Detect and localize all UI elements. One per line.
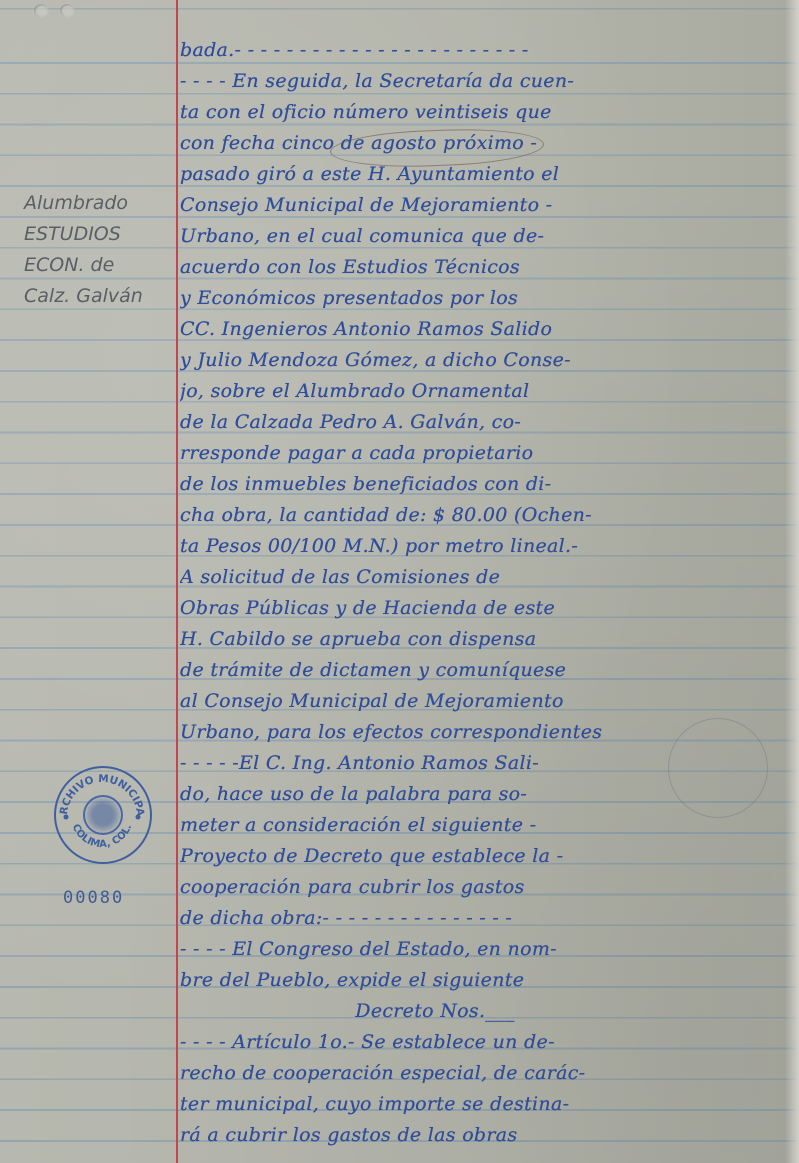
text-line: recho de cooperación especial, de carác- — [180, 1058, 770, 1089]
text-line: jo, sobre el Alumbrado Ornamental — [180, 376, 770, 407]
text-line: de dicha obra:- - - - - - - - - - - - - … — [180, 903, 770, 934]
notebook-page: Alumbrado ESTUDIOS ECON. de Calz. Galván… — [0, 0, 799, 1163]
page-edge — [785, 0, 799, 1163]
text-line: al Consejo Municipal de Mejoramiento — [180, 686, 770, 717]
text-line: Consejo Municipal de Mejoramiento - — [180, 190, 770, 221]
text-line: Urbano, para los efectos correspondiente… — [180, 717, 770, 748]
coat-of-arms-icon — [83, 795, 123, 835]
text-line: - - - - El Congreso del Estado, en nom- — [180, 934, 770, 965]
text-line: CC. Ingenieros Antonio Ramos Salido — [180, 314, 770, 345]
margin-note-line: ESTUDIOS — [24, 219, 174, 250]
margin-rule — [176, 0, 178, 1163]
margin-annotation: Alumbrado ESTUDIOS ECON. de Calz. Galván — [24, 188, 174, 312]
text-line: - - - - En seguida, la Secretaría da cue… — [180, 66, 770, 97]
text-line: bre del Pueblo, expide el siguiente — [180, 965, 770, 996]
text-line: - - - - Artículo 1o.- Se establece un de… — [180, 1027, 770, 1058]
text-line: ta con el oficio número veintiseis que — [180, 97, 770, 128]
margin-note-line: ECON. de — [24, 250, 174, 281]
text-line: pasado giró a este H. Ayuntamiento el — [180, 159, 770, 190]
text-line: bada.- - - - - - - - - - - - - - - - - -… — [180, 35, 770, 66]
text-line: ter municipal, cuyo importe se destina- — [180, 1089, 770, 1120]
text-line: y Julio Mendoza Gómez, a dicho Conse- — [180, 345, 770, 376]
text-line: do, hace uso de la palabra para so- — [180, 779, 770, 810]
archive-stamp: ARCHIVO MUNICIPAL COLIMA, COL. — [54, 766, 152, 864]
text-line: A solicitud de las Comisiones de — [180, 562, 770, 593]
text-line: y Económicos presentados por los — [180, 283, 770, 314]
minutes-body: bada.- - - - - - - - - - - - - - - - - -… — [180, 35, 770, 1151]
text-line: rá a cubrir los gastos de las obras — [180, 1120, 770, 1151]
text-line: - - - - -El C. Ing. Antonio Ramos Sali- — [180, 748, 770, 779]
text-line: meter a consideración el siguiente - — [180, 810, 770, 841]
text-line: de la Calzada Pedro A. Galván, co- — [180, 407, 770, 438]
text-line: Obras Públicas y de Hacienda de este — [180, 593, 770, 624]
text-line: H. Cabildo se aprueba con dispensa — [180, 624, 770, 655]
text-line: rresponde pagar a cada propietario — [180, 438, 770, 469]
text-line: cha obra, la cantidad de: $ 80.00 (Ochen… — [180, 500, 770, 531]
folio-number: 00080 — [63, 888, 124, 908]
text-line: con fecha cinco de agosto próximo - — [180, 128, 770, 159]
margin-note-line: Alumbrado — [24, 188, 174, 219]
punch-mark-2 — [60, 4, 74, 17]
decree-heading: Decreto Nos.___ — [180, 996, 770, 1027]
margin-note-line: Calz. Galván — [24, 281, 174, 312]
punch-mark-1 — [34, 4, 48, 17]
text-line: Urbano, en el cual comunica que de- — [180, 221, 770, 252]
text-line: de los inmuebles beneficiados con di- — [180, 469, 770, 500]
text-line: acuerdo con los Estudios Técnicos — [180, 252, 770, 283]
text-line: de trámite de dictamen y comuníquese — [180, 655, 770, 686]
text-line: ta Pesos 00/100 M.N.) por metro lineal.- — [180, 531, 770, 562]
text-line: cooperación para cubrir los gastos — [180, 872, 770, 903]
text-line: Proyecto de Decreto que establece la - — [180, 841, 770, 872]
